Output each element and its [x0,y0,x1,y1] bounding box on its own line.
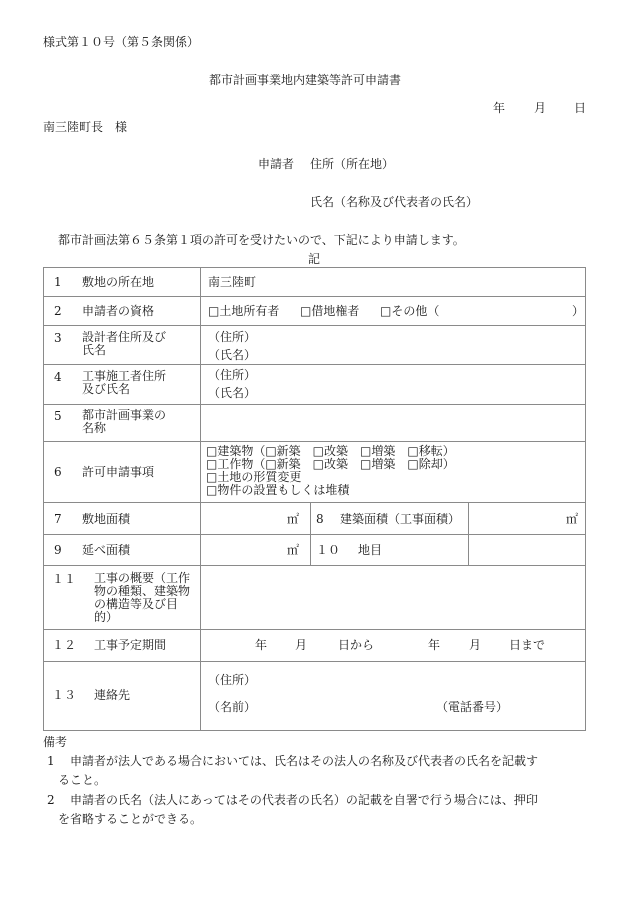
row11-number: １１ [52,572,76,586]
other-close-paren: ） [572,304,584,318]
project-name-field[interactable] [202,406,585,440]
row12-number: １２ [52,638,76,652]
checkbox-leaseholder[interactable]: □借地権者 [300,304,359,318]
date-day-label: 日 [574,101,586,115]
row4-number: 4 [54,370,62,384]
period-to-month[interactable]: 月 [469,638,481,652]
note2-number: 2 [47,793,55,807]
row1-label: 敷地の所在地 [82,275,154,289]
site-area-unit: ㎡ [287,512,299,526]
note2-line2: を省略することができる。 [58,812,202,826]
row10-label: 地目 [358,543,382,557]
ki-heading: 記 [308,252,320,266]
row9-label: 延べ面積 [82,543,130,557]
total-floor-area-unit: ㎡ [287,543,299,557]
contact-name-field[interactable]: （名前） [208,700,256,714]
application-table: 1 敷地の所在地 南三陸町 2 申請者の資格 □土地所有者 □借地権者 □その他… [43,267,586,731]
designer-address-field[interactable]: （住所） [208,330,256,344]
intro-text: 都市計画法第６５条第１項の許可を受けたいので、下記により申請します。 [58,233,465,247]
date-year-label: 年 [493,101,505,115]
row6-label: 許可申請事項 [82,465,154,479]
work-summary-field[interactable] [202,567,585,627]
row4-label-line2: 及び氏名 [82,383,130,396]
checkbox-landowner[interactable]: □土地所有者 [208,304,279,318]
row2-label: 申請者の資格 [82,304,154,318]
period-to-year[interactable]: 年 [428,638,440,652]
form-number: 様式第１０号（第５条関係） [43,35,199,49]
row7-number: 7 [54,512,62,526]
row12-label: 工事予定期間 [94,638,166,652]
contact-phone-field[interactable]: （電話番号） [436,700,508,714]
row8-number: 8 [316,512,324,526]
note1-number: 1 [47,754,55,768]
row8-label: 建築面積（工事面積） [340,512,460,526]
designer-name-field[interactable]: （氏名） [208,348,256,362]
applicant-address-field[interactable]: 住所（所在地） [310,157,394,171]
row2-number: 2 [54,304,62,318]
notes-heading: 備考 [43,735,67,749]
building-area-unit: ㎡ [566,512,578,526]
note1-line2: ること。 [58,773,106,787]
contractor-name-field[interactable]: （氏名） [208,386,256,400]
row11-label-line4: 的） [94,611,118,624]
row13-number: １３ [52,688,76,702]
row13-label: 連絡先 [94,688,130,702]
page-title: 都市計画事業地内建築等許可申請書 [209,73,401,87]
checkbox-other[interactable]: □その他（ [380,304,439,318]
note2-line1: 申請者の氏名（法人にあってはその代表者の氏名）の記載を自署で行う場合には、押印 [70,793,538,807]
period-from-year[interactable]: 年 [255,638,267,652]
site-location-field[interactable]: 南三陸町 [208,275,256,289]
contact-address-field[interactable]: （住所） [208,673,256,687]
row5-number: 5 [54,409,62,423]
applicant-name-field[interactable]: 氏名（名称及び代表者の氏名） [310,195,478,209]
addressee: 南三陸町長 様 [43,120,127,134]
row9-number: 9 [54,543,62,557]
row1-number: 1 [54,275,62,289]
contractor-address-field[interactable]: （住所） [208,368,256,382]
note1-line1: 申請者が法人である場合においては、氏名はその法人の名称及び代表者の氏名を記載す [70,754,538,768]
row7-label: 敷地面積 [82,512,130,526]
checkbox-object-placement[interactable]: □物件の設置もしくは堆積 [206,484,349,497]
row6-number: 6 [54,465,62,479]
row5-label-line2: 名称 [82,422,106,435]
period-from-day[interactable]: 日から [338,638,374,652]
row3-label-line2: 氏名 [82,344,106,357]
period-from-month[interactable]: 月 [295,638,307,652]
row10-number: １０ [316,543,340,557]
date-month-label: 月 [534,101,546,115]
applicant-label: 申請者 [258,157,294,171]
row3-number: 3 [54,331,62,345]
period-to-day[interactable]: 日まで [509,638,545,652]
